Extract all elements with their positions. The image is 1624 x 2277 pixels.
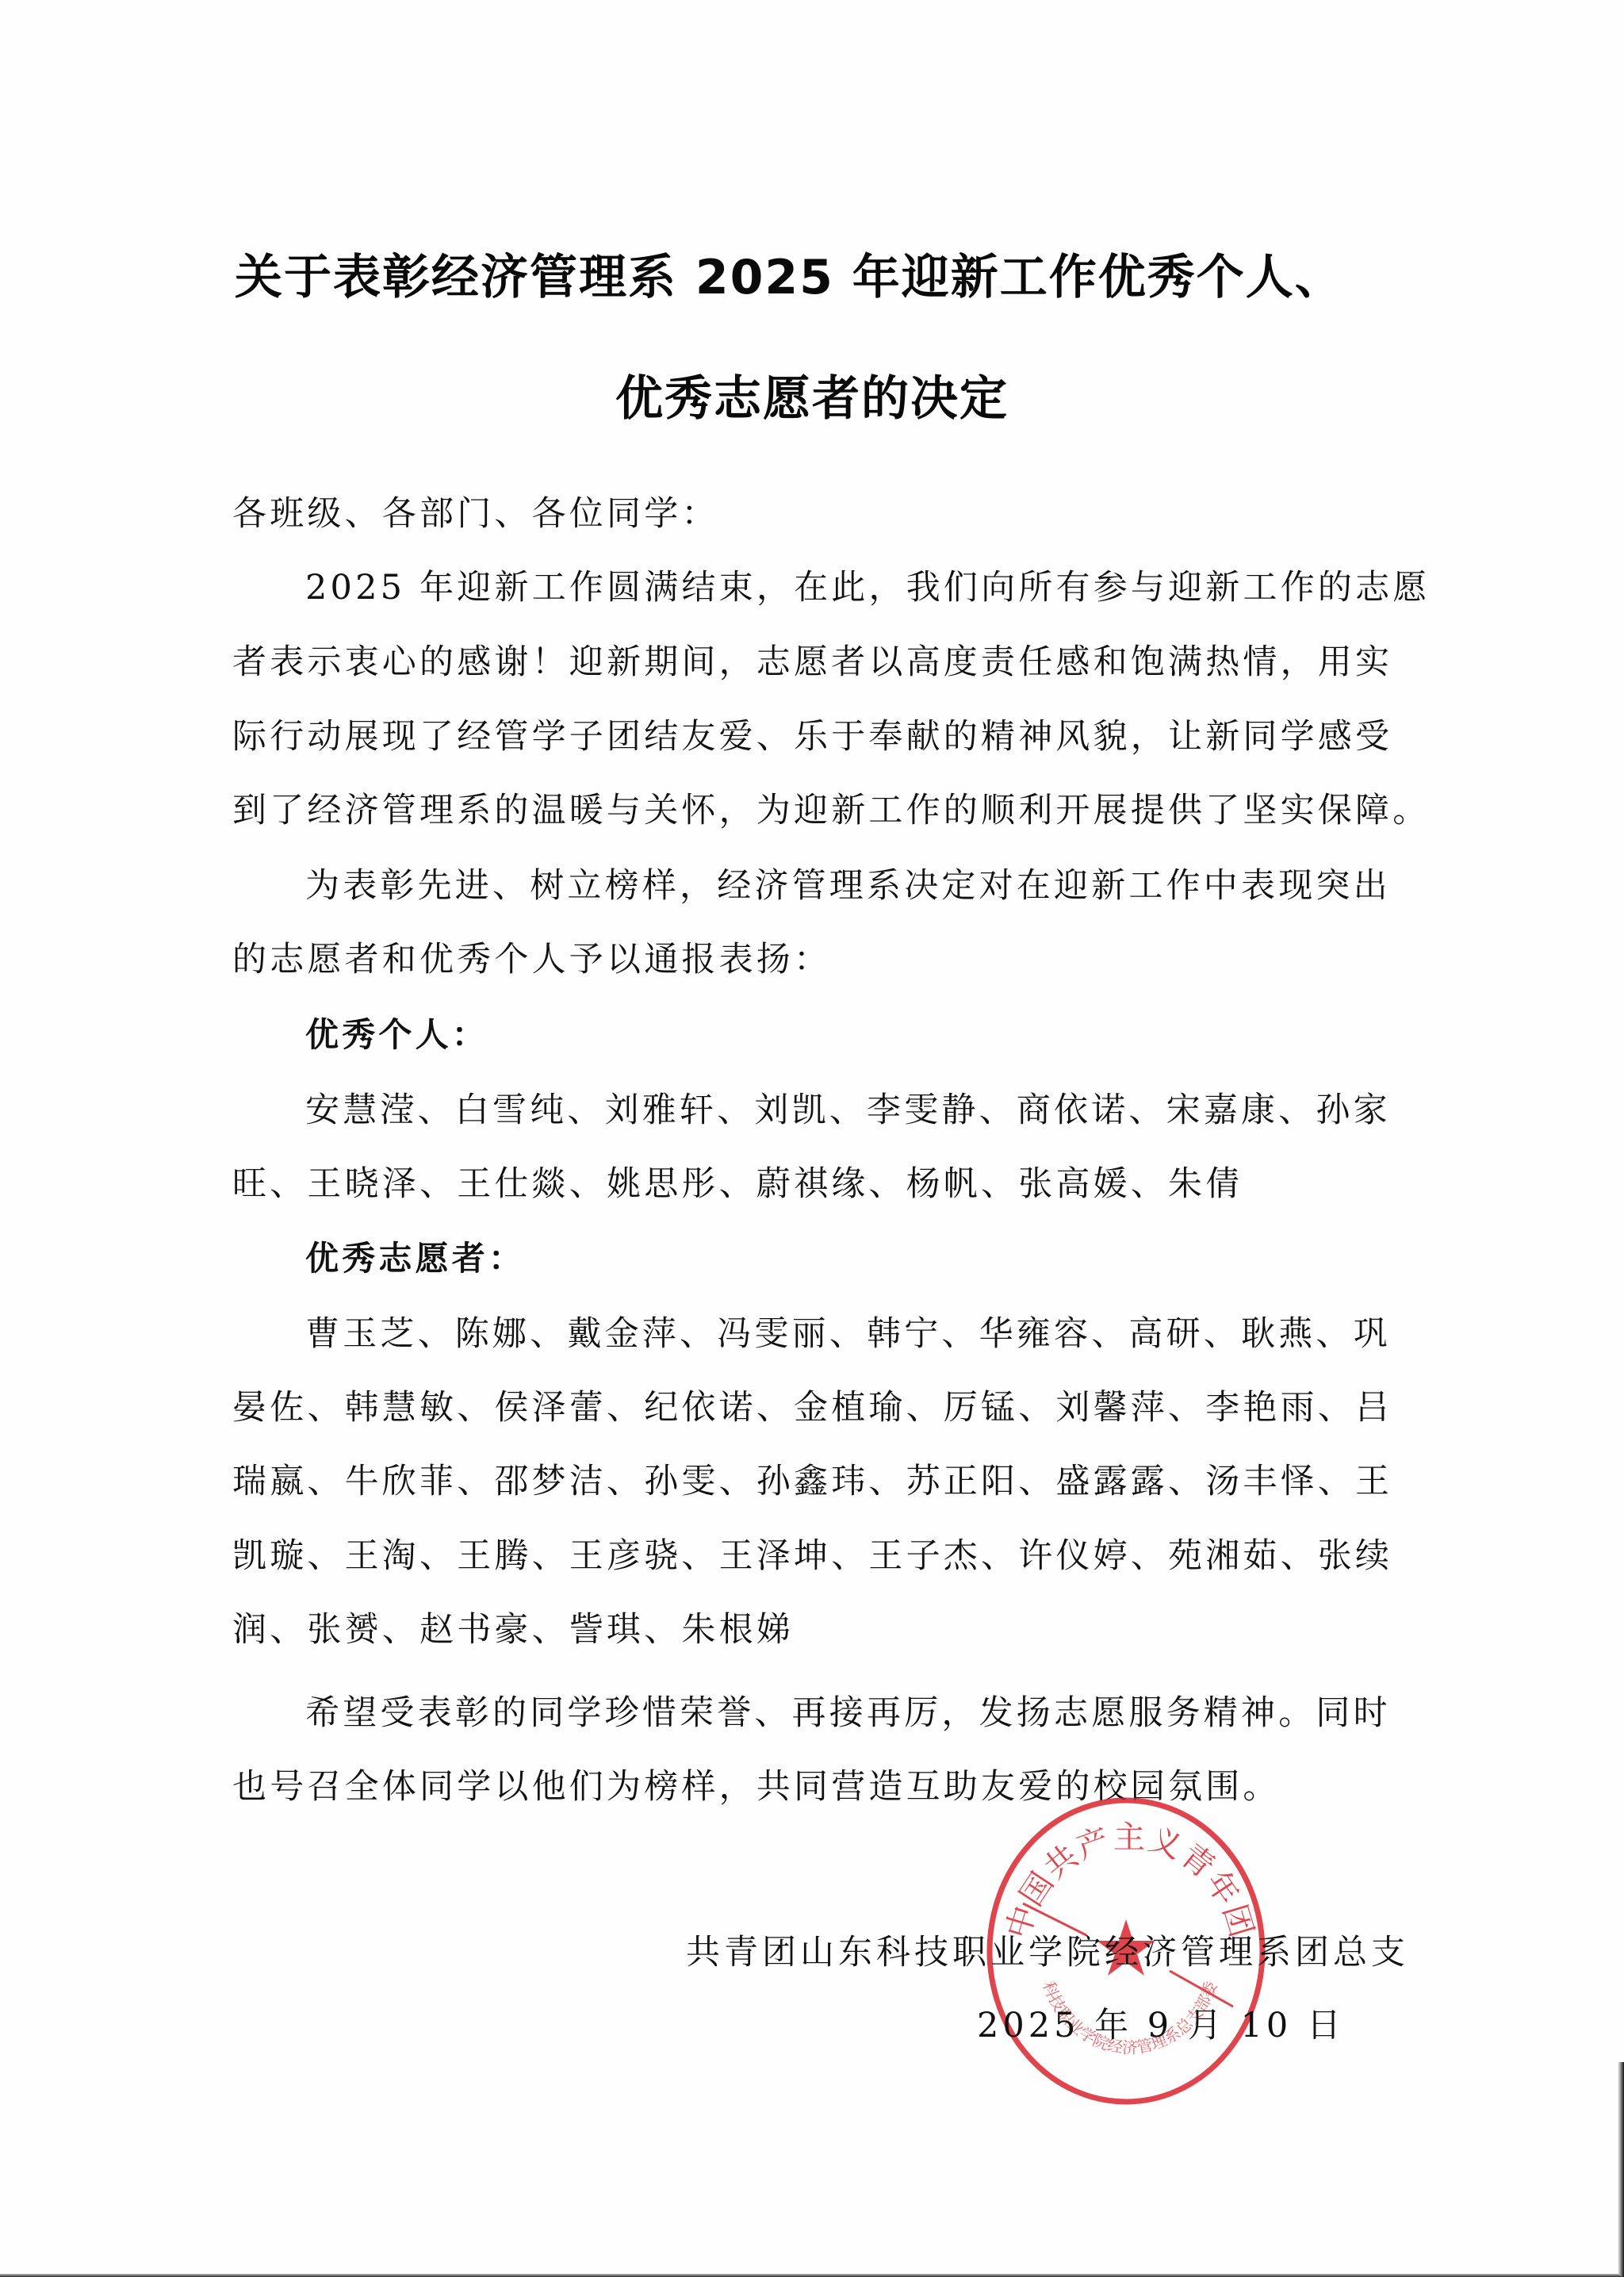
signature-date: 2025 年 9 月 10 日 — [977, 1999, 1345, 2047]
document-page: 关于表彰经济管理系 2025 年迎新工作优秀个人、 优秀志愿者的决定 各班级、各… — [0, 0, 1624, 2277]
closing-line-1: 希望受表彰的同学珍惜荣誉、再接再厉，发扬志愿服务精神。同时 — [305, 1689, 1391, 1737]
signature-organization: 共青团山东科技职业学院经济管理系团总支 — [686, 1926, 1409, 1974]
paragraph-2-line-1: 为表彰先进、树立榜样，经济管理系决定对在迎新工作中表现突出 — [305, 862, 1391, 910]
outstanding-volunteers-label: 优秀志愿者： — [305, 1235, 525, 1282]
paragraph-1-line-3: 际行动展现了经管学子团结友爱、乐于奉献的精神风貌，让新同学感受 — [232, 713, 1392, 761]
outstanding-volunteers-line-3: 瑞嬴、牛欣菲、邵梦洁、孙雯、孙鑫玮、苏正阳、盛露露、汤丰怿、王 — [232, 1458, 1392, 1505]
document-title-line-1: 关于表彰经济管理系 2025 年迎新工作优秀个人、 — [235, 240, 1344, 308]
paragraph-2-line-2: 的志愿者和优秀个人予以通报表扬： — [232, 936, 831, 983]
outstanding-volunteers-line-5: 润、张赟、赵书豪、訾琪、朱根娣 — [232, 1606, 794, 1654]
paragraph-1-line-4: 到了经济管理系的温暖与关怀，为迎新工作的顺利开展提供了坚实保障。 — [232, 787, 1430, 834]
outstanding-volunteers-line-1: 曹玉芝、陈娜、戴金萍、冯雯丽、韩宁、华雍容、高研、耿燕、巩 — [305, 1310, 1391, 1358]
paragraph-1-line-2: 者表示衷心的感谢！迎新期间，志愿者以高度责任感和饱满热情，用实 — [232, 638, 1392, 686]
outstanding-individuals-label: 优秀个人： — [305, 1011, 488, 1059]
scan-edge-bottom — [0, 2274, 1624, 2277]
salutation: 各班级、各部门、各位同学： — [232, 490, 719, 538]
outstanding-individuals-line-2: 旺、王晓泽、王仕燚、姚思彤、蔚祺缘、杨帆、张高媛、朱倩 — [232, 1160, 1243, 1208]
paragraph-1-line-1: 2025 年迎新工作圆满结束，在此，我们向所有参与迎新工作的志愿 — [305, 564, 1431, 611]
scan-edge-right — [1618, 2062, 1624, 2277]
outstanding-volunteers-line-2: 晏佐、韩慧敏、侯泽蕾、纪依诺、金植瑜、厉锰、刘馨萍、李艳雨、吕 — [232, 1384, 1392, 1432]
outstanding-volunteers-line-4: 凯璇、王淘、王腾、王彦骁、王泽坤、王子杰、许仪婷、苑湘茹、张续 — [232, 1532, 1392, 1580]
outstanding-individuals-line-1: 安慧滢、白雪纯、刘雅轩、刘凯、李雯静、商依诺、宋嘉康、孙家 — [305, 1087, 1391, 1134]
document-title-line-2: 优秀志愿者的决定 — [0, 361, 1624, 429]
